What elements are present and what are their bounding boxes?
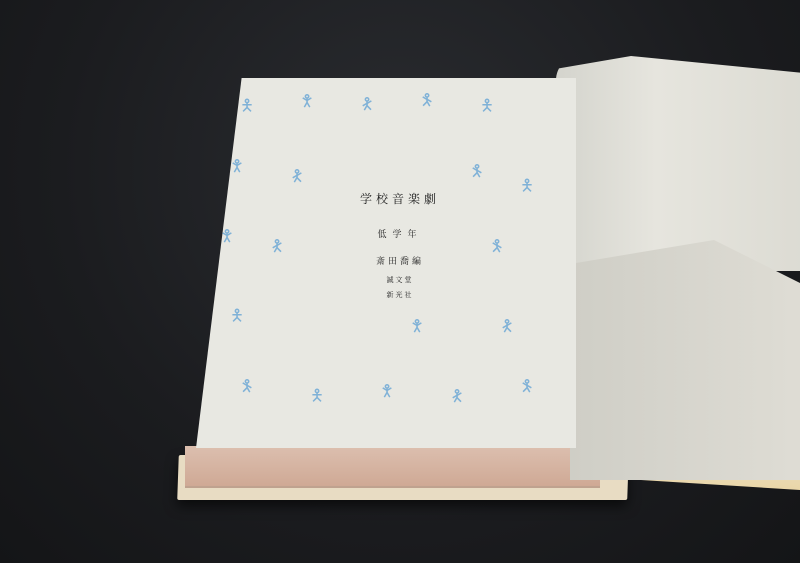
publisher-line-2: 新光社	[330, 290, 470, 300]
figure-icon: 🯈	[520, 375, 534, 402]
figure-icon: 🯅	[240, 95, 254, 122]
figure-icon: 🯆	[220, 225, 234, 252]
figure-icon: 🯈	[470, 160, 484, 187]
editor-label: 斎田喬編	[330, 254, 470, 267]
figure-icon: 🯆	[300, 90, 314, 117]
curled-page-bottom	[570, 240, 800, 480]
figure-icon: 🯇	[290, 165, 304, 192]
figure-icon: 🯅	[520, 175, 534, 202]
publisher-line-1: 誠文堂	[330, 275, 470, 285]
figure-icon: 🯅	[230, 305, 244, 332]
page-block-edge	[185, 446, 600, 488]
figure-icon: 🯇	[360, 93, 374, 120]
grade-label: 低学年	[330, 227, 470, 240]
figure-icon: 🯇	[500, 315, 514, 342]
figure-icon: 🯆	[380, 380, 394, 407]
book-title: 学校音楽劇	[330, 190, 470, 207]
figure-icon: 🯈	[240, 375, 254, 402]
title-block: 学校音楽劇 低学年 斎田喬編 誠文堂 新光社	[330, 190, 470, 305]
figure-icon: 🯈	[490, 235, 504, 262]
figure-icon: 🯆	[410, 315, 424, 342]
figure-icon: 🯆	[230, 155, 244, 182]
figure-icon: 🯇	[450, 385, 464, 412]
figure-icon: 🯅	[480, 95, 494, 122]
figure-icon: 🯇	[270, 235, 284, 262]
figure-icon: 🯈	[420, 89, 434, 116]
curled-page-top	[556, 56, 800, 271]
figure-icon: 🯅	[310, 385, 324, 412]
